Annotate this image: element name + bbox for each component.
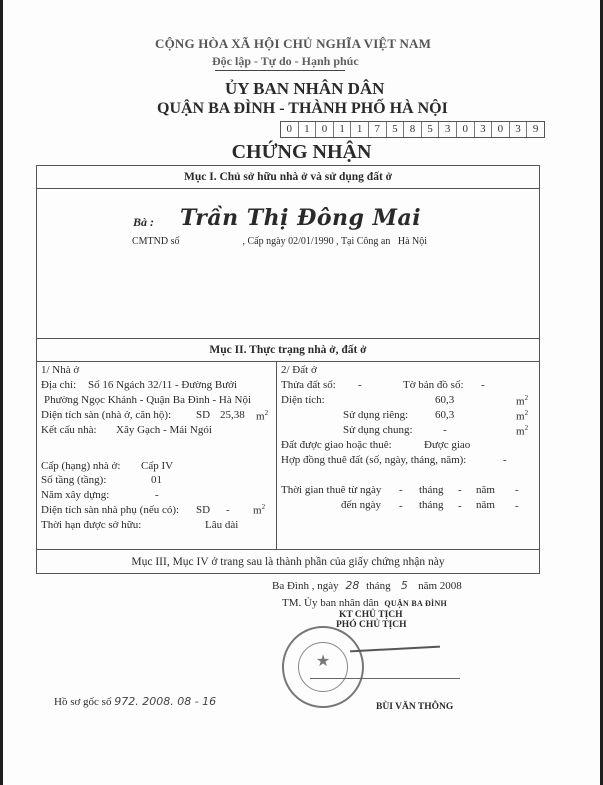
lease-from-day: - <box>399 484 403 496</box>
org-stamp: QUẬN BA ĐÌNH <box>384 599 447 608</box>
issue-place: Ba Đình <box>272 580 309 592</box>
seal-emblem: ★ <box>298 642 348 692</box>
national-motto: Độc lập - Tự do - Hạnh phúc <box>212 54 359 69</box>
land-area-value: 60,3 <box>435 394 454 406</box>
lease-to-year-label: năm <box>476 499 495 511</box>
authority-name: ỦY BAN NHÂN DÂN <box>225 79 384 99</box>
year-label: năm <box>418 580 437 592</box>
serial-digit: 1 <box>351 122 369 137</box>
official-seal: ★ <box>282 626 364 708</box>
structure-label: Kết cấu nhà: <box>41 424 97 436</box>
role-chairman: KT CHỦ TỊCH <box>339 610 403 620</box>
ownership-term-label: Thời hạn được sở hữu: <box>41 519 141 531</box>
house-address-line1: Số 16 Ngách 32/11 - Đường Bưởi <box>88 379 237 391</box>
issue-year: 2008 <box>440 580 462 592</box>
record-value: 972. 2008. 08 - 16 <box>114 695 216 708</box>
shared-use-label: Sử dụng chung: <box>343 424 413 436</box>
certificate-title: CHỨNG NHẬN <box>0 141 603 164</box>
house-address-line2: Phường Ngọc Khánh - Quận Ba Đình - Hà Nộ… <box>44 394 251 406</box>
serial-digit: 1 <box>334 122 352 137</box>
floor-area-label: Diện tích sàn (nhà ở, căn hộ): <box>41 409 171 421</box>
issue-date-line: Ba Đình , ngày 28 tháng 5 năm 2008 <box>272 579 462 592</box>
lease-from-year: - <box>515 484 519 496</box>
role-vice-chairman: PHÓ CHỦ TỊCH <box>336 620 407 630</box>
house-title: 1/ Nhà ở <box>41 364 79 376</box>
aux-area-label: Diện tích sàn nhà phụ (nếu có): <box>41 504 179 516</box>
lease-from-label: Thời gian thuê từ ngày <box>281 484 381 496</box>
map-sheet-label: Tờ bản đồ số: <box>403 379 464 391</box>
grade-value: Cấp IV <box>141 460 173 472</box>
allocation-value: Được giao <box>424 439 470 451</box>
serial-digit: 1 <box>299 122 317 137</box>
private-use-value: 60,3 <box>435 409 454 421</box>
signature-stroke <box>350 646 440 653</box>
section-owner: Mục I. Chủ sở hữu nhà ở và sử dụng đất ở <box>36 165 540 339</box>
record-number: Hồ sơ gốc số 972. 2008. 08 - 16 <box>54 695 216 708</box>
serial-digit: 5 <box>422 122 440 137</box>
district-name: QUẬN BA ĐÌNH - THÀNH PHỐ HÀ NỘI <box>157 100 448 118</box>
serial-digit: 0 <box>281 122 299 137</box>
serial-digit: 9 <box>527 122 544 137</box>
org-line: TM. Ủy ban nhân dân QUẬN BA ĐÌNH <box>282 597 447 609</box>
signer-name: BÙI VĂN THÔNG <box>376 702 453 712</box>
land-title: 2/ Đất ở <box>281 364 317 376</box>
plot-label: Thửa đất số: <box>281 379 336 391</box>
lease-from-year-label: năm <box>476 484 495 496</box>
serial-digit: 3 <box>439 122 457 137</box>
year-built-label: Năm xây dựng: <box>41 489 109 501</box>
structure-value: Xây Gạch - Mái Ngói <box>116 424 212 436</box>
lease-from-month-label: tháng <box>419 484 443 496</box>
day-label: , ngày <box>312 580 339 592</box>
floor-area-unit: m2 <box>256 409 268 423</box>
shared-use-value: - <box>443 424 447 436</box>
serial-digit: 5 <box>387 122 405 137</box>
floors-label: Số tầng (tầng): <box>41 474 106 486</box>
section-property-heading: Mục II. Thực trạng nhà ở, đất ở <box>37 339 539 362</box>
id-label: CMTND số <box>132 236 180 247</box>
lease-contract-label: Hợp đồng thuê đất (số, ngày, tháng, năm)… <box>281 454 466 466</box>
floor-area-prefix: SD <box>196 409 210 421</box>
serial-digit: 0 <box>316 122 334 137</box>
lease-to-month-label: tháng <box>419 499 443 511</box>
lease-to-year: - <box>515 500 519 512</box>
floors-value: 01 <box>151 474 162 486</box>
issue-month: 5 <box>393 579 415 592</box>
aux-area-prefix: SD <box>196 504 210 516</box>
lease-contract-value: - <box>503 454 507 466</box>
private-use-label: Sử dụng riêng: <box>343 409 408 421</box>
map-sheet-value: - <box>481 379 485 391</box>
motto-underline <box>215 70 345 71</box>
floor-area-value: 25,38 <box>220 409 245 421</box>
section-owner-heading: Mục I. Chủ sở hữu nhà ở và sử dụng đất ở <box>37 166 539 189</box>
lease-to-day: - <box>399 500 403 512</box>
issue-day: 28 <box>341 579 363 592</box>
year-built-value: - <box>155 489 159 501</box>
id-issue-text: , Cấp ngày 02/01/1990 , Tại Công an <box>243 236 391 247</box>
aux-area-unit: m2 <box>253 503 265 517</box>
land-area-label: Diện tích: <box>281 394 325 406</box>
lease-from-month: - <box>458 484 462 496</box>
private-use-unit: m2 <box>516 409 528 423</box>
id-card-line: CMTND số , Cấp ngày 02/01/1990 , Tại Côn… <box>132 236 427 247</box>
serial-number-boxes: 010117585303039 <box>280 121 545 138</box>
plot-value: - <box>358 379 362 391</box>
land-area-unit: m2 <box>516 394 528 408</box>
serial-digit: 0 <box>492 122 510 137</box>
column-divider <box>276 362 277 550</box>
lease-to-label: đến ngày <box>341 499 381 511</box>
owner-name: Trần Thị Đông Mai <box>180 205 421 231</box>
serial-digit: 3 <box>475 122 493 137</box>
house-address-label: Địa chỉ: <box>41 379 76 391</box>
allocation-label: Đất được giao hoặc thuê: <box>281 439 392 451</box>
id-issue-place: Hà Nội <box>398 236 427 247</box>
record-label: Hồ sơ gốc số <box>54 696 111 708</box>
aux-area-value: - <box>226 504 230 516</box>
lease-to-month: - <box>458 500 462 512</box>
serial-digit: 3 <box>510 122 528 137</box>
month-label: tháng <box>366 580 390 592</box>
ownership-term-value: Lâu dài <box>205 519 238 531</box>
grade-label: Cấp (hạng) nhà ở: <box>41 460 120 472</box>
serial-digit: 8 <box>404 122 422 137</box>
org-line-text: TM. Ủy ban nhân dân <box>282 597 379 609</box>
owner-prefix: Bà : <box>133 215 154 230</box>
section-note: Mục III, Mục IV ở trang sau là thành phầ… <box>36 549 540 574</box>
serial-digit: 0 <box>457 122 475 137</box>
shared-use-unit: m2 <box>516 424 528 438</box>
scan-edge-left <box>0 0 3 785</box>
signature-underline <box>310 678 460 679</box>
serial-digit: 7 <box>369 122 387 137</box>
national-title: CỘNG HÒA XÃ HỘI CHỦ NGHĨA VIỆT NAM <box>155 36 431 52</box>
star-icon: ★ <box>299 651 347 671</box>
